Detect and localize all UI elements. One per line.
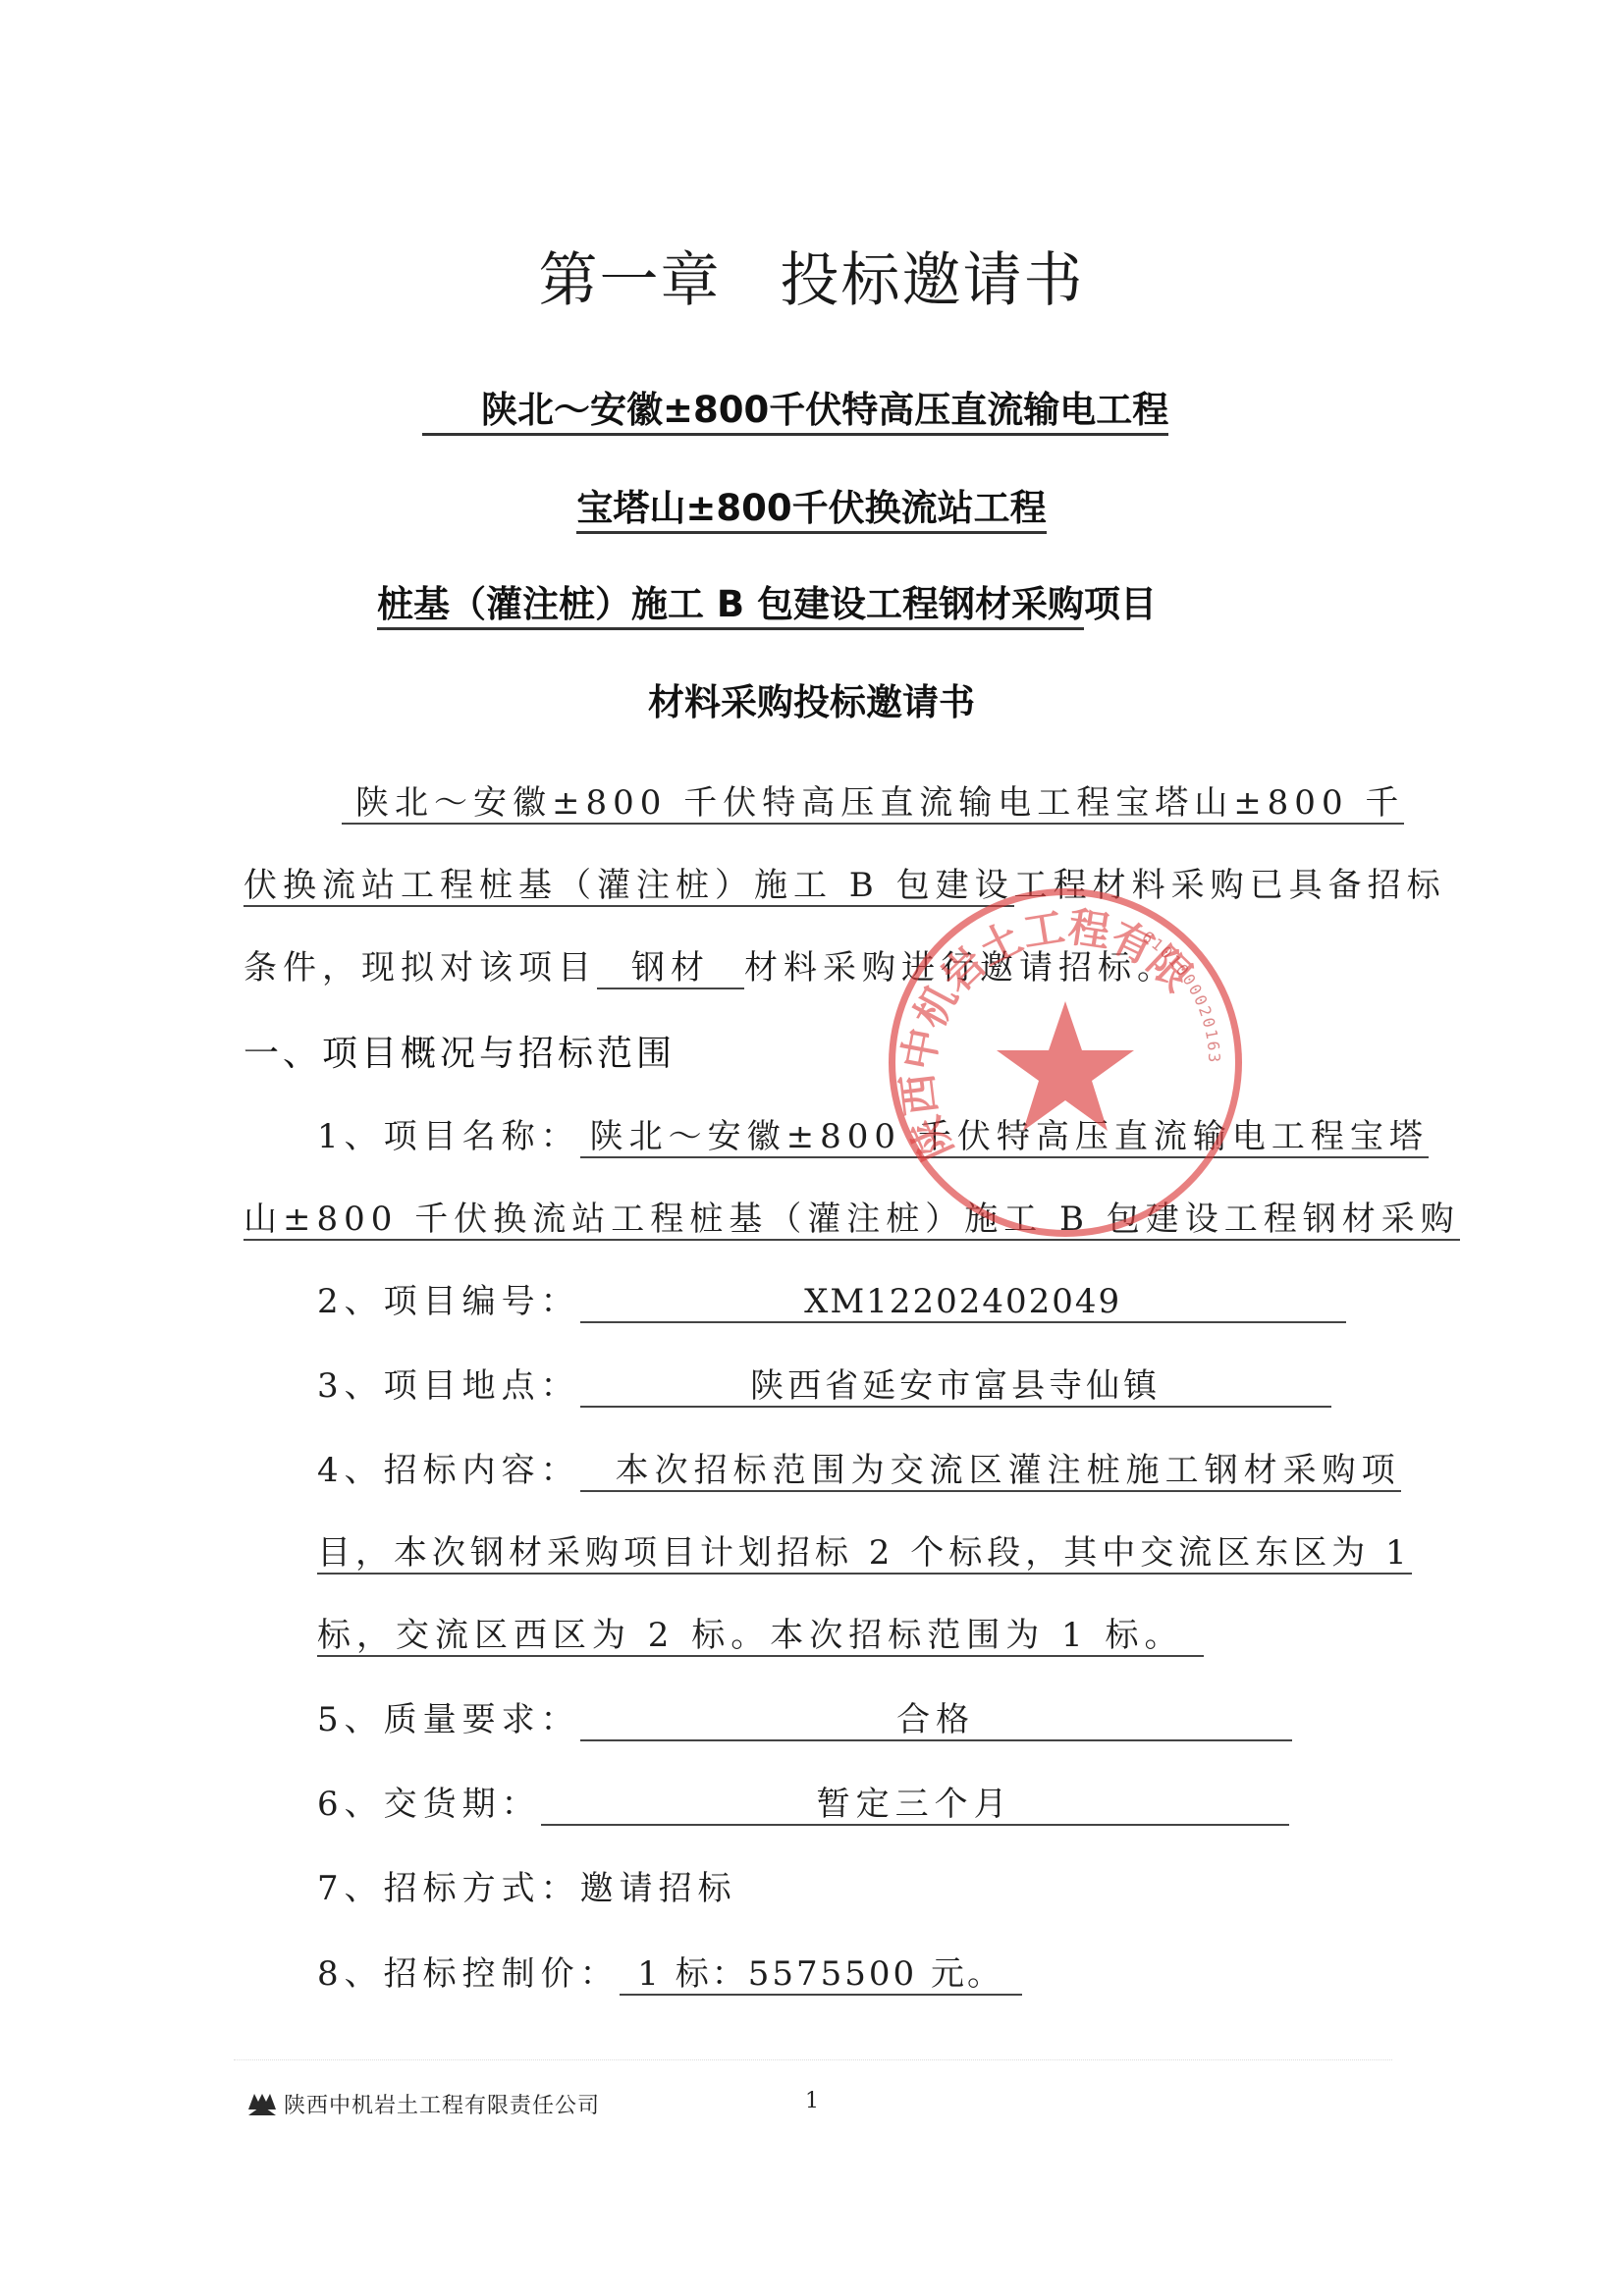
title-line-3: 桩基（灌注桩）施工 B 包建设工程钢材采购项目 bbox=[377, 574, 1157, 627]
item-quality: 5、质量要求：合格 bbox=[317, 1692, 1292, 1741]
company-logo-icon bbox=[248, 2092, 276, 2121]
item-tender-content-cont-1: 目，本次钢材采购项目计划招标 2 个标段，其中交流区东区为 1 bbox=[317, 1525, 1412, 1574]
intro-line-1: 陕北～安徽±800 千伏特高压直流输电工程宝塔山±800 千 bbox=[342, 775, 1404, 824]
page-number: 1 bbox=[805, 2089, 820, 2113]
item-delivery: 6、交货期：暂定三个月 bbox=[317, 1777, 1289, 1826]
item-tender-method: 7、招标方式：邀请招标 bbox=[317, 1861, 737, 1909]
intro-line-2: 伏换流站工程桩基（灌注桩）施工 B 包建设工程材料采购已具备招标 bbox=[243, 858, 1446, 906]
footer: 陕西中机岩土工程有限责任公司 bbox=[248, 2089, 600, 2121]
chapter-name: 投标邀请书 bbox=[781, 246, 1085, 315]
title-line-2: 宝塔山±800千伏换流站工程 bbox=[0, 478, 1623, 531]
chapter-number: 第一章 bbox=[539, 246, 722, 315]
footer-company-name: 陕西中机岩土工程有限责任公司 bbox=[284, 2094, 600, 2118]
footer-divider bbox=[234, 2059, 1392, 2060]
intro-line-3: 条件，现拟对该项目钢材材料采购进行邀请招标。 bbox=[243, 940, 1176, 989]
title-line-4: 材料采购投标邀请书 bbox=[0, 672, 1623, 725]
procurement-item-fill: 钢材 bbox=[597, 949, 744, 989]
chapter-title: 第一章投标邀请书 bbox=[0, 234, 1623, 318]
item-tender-content: 4、招标内容：本次招标范围为交流区灌注桩施工钢材采购项 bbox=[317, 1443, 1401, 1491]
title-line-1: 陕北～安徽±800千伏特高压直流输电工程 bbox=[422, 380, 1168, 433]
item-project-number: 2、项目编号：XM12202402049 bbox=[317, 1274, 1346, 1323]
item-project-name: 1、项目名称：陕北～安徽±800 千伏特高压直流输电工程宝塔 bbox=[317, 1109, 1429, 1157]
item-project-name-cont: 山±800 千伏换流站工程桩基（灌注桩）施工 B 包建设工程钢材采购 bbox=[243, 1192, 1460, 1240]
section-heading: 一、项目概况与招标范围 bbox=[243, 1026, 676, 1076]
item-control-price: 8、招标控制价：1 标：5575500 元。 bbox=[317, 1947, 1022, 1996]
item-tender-content-cont-2: 标，交流区西区为 2 标。本次招标范围为 1 标。 bbox=[317, 1608, 1204, 1656]
item-project-location: 3、项目地点：陕西省延安市富县寺仙镇 bbox=[317, 1359, 1331, 1408]
